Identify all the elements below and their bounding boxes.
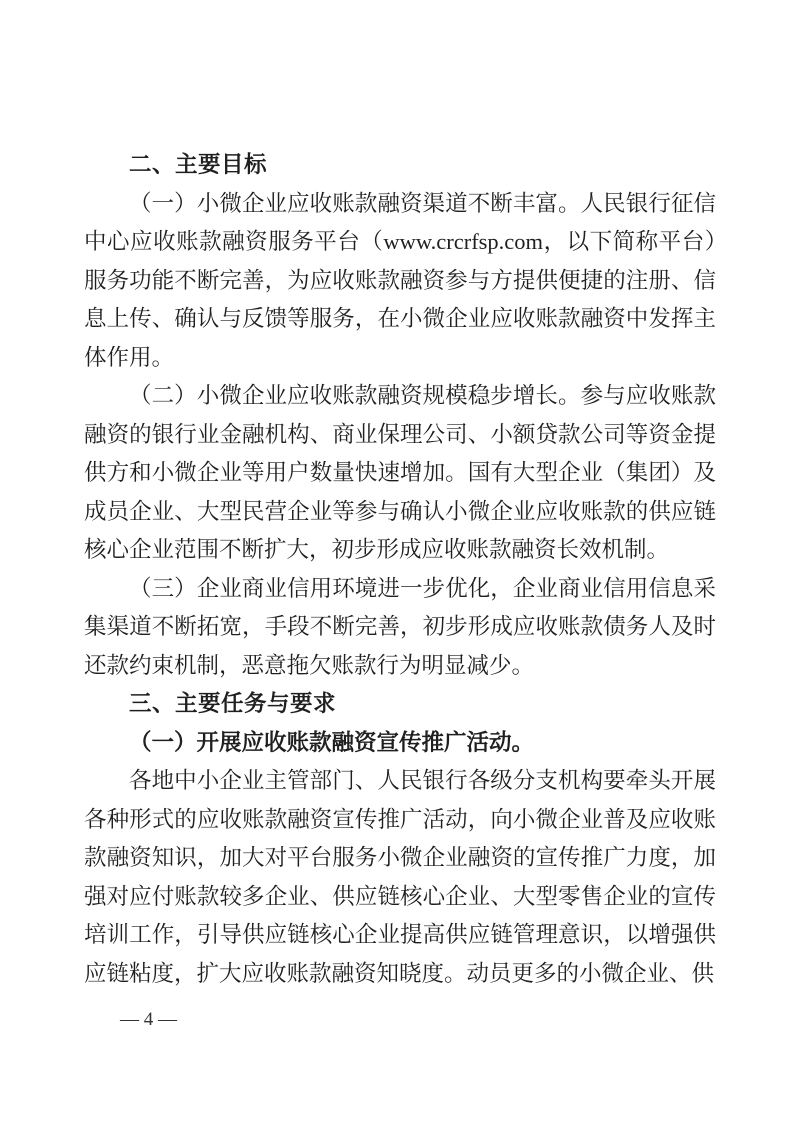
section-heading-main-tasks: 三、主要任务与要求 <box>84 685 716 724</box>
paragraph-goal-3: （三）企业商业信用环境进一步优化，企业商业信用信息采集渠道不断拓宽，手段不断完善… <box>84 570 716 686</box>
section-heading-main-goals: 二、主要目标 <box>84 146 716 185</box>
paragraph-goal-1: （一）小微企业应收账款融资渠道不断丰富。人民银行征信中心应收账款融资服务平台（w… <box>84 185 716 378</box>
paragraph-goal-2: （二）小微企业应收账款融资规模稳步增长。参与应收账款融资的银行业金融机构、商业保… <box>84 377 716 570</box>
paragraph-task-1-body: 各地中小企业主管部门、人民银行各级分支机构要牵头开展各种形式的应收账款融资宣传推… <box>84 762 716 993</box>
document-content: 二、主要目标 （一）小微企业应收账款融资渠道不断丰富。人民银行征信中心应收账款融… <box>84 146 716 993</box>
document-page: 二、主要目标 （一）小微企业应收账款融资渠道不断丰富。人民银行征信中心应收账款融… <box>0 0 800 1132</box>
page-number: — 4 — <box>120 1008 177 1032</box>
subheading-task-1: （一）开展应收账款融资宣传推广活动。 <box>84 724 716 763</box>
